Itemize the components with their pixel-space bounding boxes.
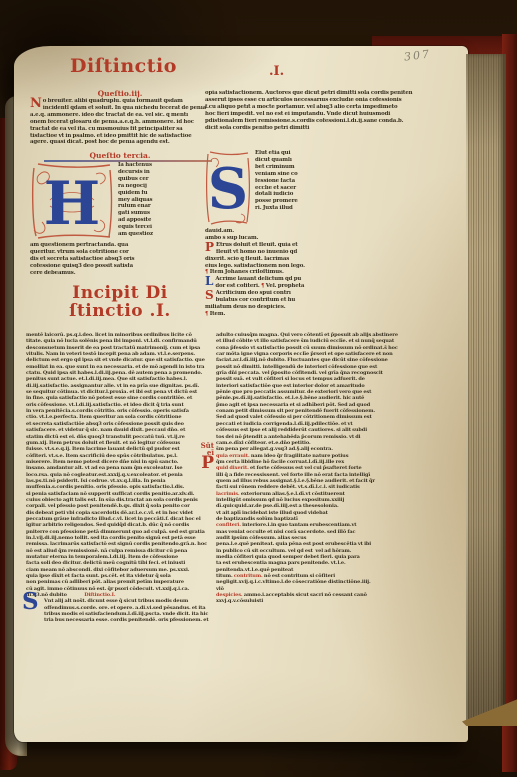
text-line: Acrificium deo spūi contrī xyxy=(216,290,345,297)
illuminated-initial-block: H Ia hactenusdecursis inquibus cerra neg… xyxy=(30,162,210,240)
svg-text:S: S xyxy=(208,156,248,222)
text-line: fleuit vt homo nō inuenio q̄d xyxy=(216,249,345,256)
text-line: dauid.am. xyxy=(205,228,345,235)
text-line: ad apposite xyxy=(118,217,210,224)
text-line: posse promere xyxy=(255,198,343,205)
fore-edge-shading xyxy=(466,54,506,722)
gloss-item-johannes: ¶ Item Johānes criſoſtimus. xyxy=(205,269,345,276)
text-line: bulatus cor contritum et hu xyxy=(216,297,345,304)
red-drop-initial: N xyxy=(30,98,42,110)
text-line: equis tercei xyxy=(118,224,210,231)
illuminated-initial-s: S xyxy=(205,150,251,226)
text-line: agere. quasi dicat. post hoc de penīa ag… xyxy=(30,139,210,146)
text-line: a.e.q. ammonere. ideo dīc tractat de ea.… xyxy=(30,112,210,119)
text-line: fessione facta xyxy=(255,178,343,185)
drop-initial-l: L xyxy=(205,276,213,287)
text-line: quibus cer xyxy=(118,176,210,183)
text-line: bet criminum xyxy=(255,164,343,171)
text-line: eius lego. satisfactiōnem non lego. xyxy=(205,263,345,270)
questio-iii-heading: Queſtio.iij. xyxy=(30,89,210,98)
text-line: cōfessione quisq3 deo possit satisfa xyxy=(30,263,210,270)
incipit-line-1: Incipit Di xyxy=(42,284,198,302)
drop-initial-p: P xyxy=(205,242,214,253)
running-header-title: Diſtinctio xyxy=(70,55,177,77)
svg-text:H: H xyxy=(44,169,101,239)
gutter-marginal-initial: P xyxy=(196,456,214,471)
text-line: hoc fieri impedit̄. vel nō est ei imputa… xyxy=(205,111,445,118)
text-line: rulum enar xyxy=(118,203,210,210)
drop-initial-s: S xyxy=(205,290,214,301)
fore-edge-page-block xyxy=(466,54,506,722)
text-line: ra negocij xyxy=(118,183,210,190)
gloss-petrus-quote: PEtrus doluit et fleuit. quia etfleuit v… xyxy=(205,242,345,270)
text-line: tria bus necessaria esse. cordis peniten… xyxy=(44,617,218,623)
text-line: dis et secreta satisfactiōe absq3 oris xyxy=(30,256,210,263)
text-line: Ia hactenus xyxy=(118,162,210,169)
text-line: Etrus doluit et fleuit. quia et xyxy=(216,242,345,249)
text-line: Acrime lauant delictum q̄d pu xyxy=(215,276,345,283)
incipit-rubric: Incipit Di ſtinctio .I. xyxy=(42,284,198,320)
text-line: f.cū aliquo petīt a mocte portamur. vel … xyxy=(205,104,445,111)
text-line: onem fecerat glosarū de penīa.a.e.q.h. a… xyxy=(30,119,210,126)
text-line: decursis in xyxy=(118,169,210,176)
text-line: ambo s̄ sup lucam. xyxy=(205,235,345,242)
text-line: am questionem pertractandā. qua xyxy=(30,242,210,249)
initial-side-text: Ia hactenusdecursis inquibus cerra negoc… xyxy=(114,162,210,240)
text-line: dicūt quamlī xyxy=(255,157,343,164)
text-line: dotali iudicio xyxy=(255,191,343,198)
running-header-numeral: .I. xyxy=(269,64,284,79)
text-line: am questiōz xyxy=(118,231,210,238)
text-line: xxvj.q.v.cōsuluisti xyxy=(216,598,466,604)
text-line: pdistionalem fieri remissionē.s.cordis c… xyxy=(205,118,445,125)
text-column-right: adulto cuiusq̄m magna. Qui vero cōtentī … xyxy=(216,332,466,605)
text-line: ¶ Item Johānes criſoſtimus. xyxy=(205,269,345,276)
illuminated-initial-s-block: S Elut etiā quidicūt quamlībet criminumv… xyxy=(205,150,345,226)
gloss-lacrime-quote: LAcrime lauant delictum q̄d pudor est cō… xyxy=(205,276,345,290)
text-line: o breuiter. alibi quadruplū. quia formau… xyxy=(43,98,210,105)
photograph: Diſtinctio .I. Queſtio.iij. No breuiter.… xyxy=(0,0,517,777)
gloss-intro-paragraph: opia satisfactiōnem. Auctores que dicūt … xyxy=(205,90,445,131)
gloss-sacrificium-quote: SAcrificium deo spūi contrībulatus cor c… xyxy=(205,290,345,311)
gutter-marginal-note: Sūt eī P xyxy=(196,442,214,471)
text-line: queritur. vtrum sola cōtritione cor xyxy=(30,249,210,256)
text-line: veniam sine cō xyxy=(255,171,343,178)
marginal-initial-s: S xyxy=(22,588,39,615)
gloss-line-lucam: ambo s̄ sup lucam. xyxy=(205,235,345,242)
text-line: miliatum deus nō despicies. xyxy=(205,304,345,311)
gloss-quotes-column: dauid.am. ambo s̄ sup lucam. PEtrus dolu… xyxy=(205,228,345,318)
gloss-item-last: ¶ Item. xyxy=(205,311,345,318)
text-line: tisfactiōe vt in psalmo. et ideo p̄mitti… xyxy=(30,133,210,140)
text-line: quidem fu xyxy=(118,190,210,197)
questio-iii-paragraph: No breuiter. alibi quadruplū. quia forma… xyxy=(30,98,210,146)
illuminated-initial-h: H xyxy=(30,162,114,240)
manuscript-page: Diſtinctio .I. Queſtio.iij. No breuiter.… xyxy=(14,46,468,742)
text-line: incidentl̄ q̄dam et soluit. In qua niche… xyxy=(43,105,210,112)
text-line: dicit sola cordis penitīo petri dimitti xyxy=(205,125,445,132)
text-line: opia satisfactiōnem. Auctores que dicūt … xyxy=(205,90,445,97)
text-line: asserūt ipsos esse cū articulos necessar… xyxy=(205,97,445,104)
questio-tercia-heading: Queſtio tercia. xyxy=(30,151,210,160)
questio-tercia-paragraph: am questionem pertractandā. quaqueritur.… xyxy=(30,242,210,277)
text-line: cere debeamus. xyxy=(30,270,210,277)
gloss-line: dauid.am. xyxy=(205,228,345,235)
initial-s-side-text: Elut etiā quidicūt quamlībet criminumven… xyxy=(251,150,343,226)
text-line: ¶ Item. xyxy=(205,311,345,318)
text-line: gati sumus xyxy=(118,210,210,217)
text-line: ri. Juxta illud xyxy=(255,205,343,212)
text-line: mey aliquas xyxy=(118,197,210,204)
incipit-line-2: ſtinctio .I. xyxy=(42,302,198,320)
text-line: Elut etiā qui xyxy=(255,150,343,157)
text-line: tractat de ea vel ita. cū mīsmōuius fit … xyxy=(30,126,210,133)
text-column-left: mentē laicorū. ps.q.i.deo. licet in mino… xyxy=(26,332,218,624)
text-line: ecclīe et sacer xyxy=(255,185,343,192)
text-line: dixerit. scio q̄ fleuit. lacrimas xyxy=(205,256,345,263)
text-line: dor est cōfiteri. ¶ Vel. propheta xyxy=(215,283,345,290)
